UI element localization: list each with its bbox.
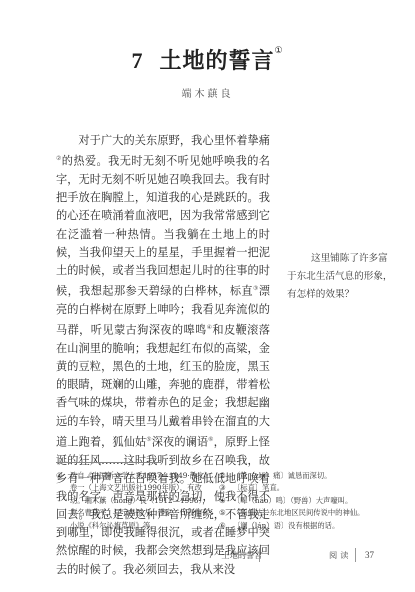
lesson-number: 7: [131, 48, 143, 73]
author-name: 端木蕻良: [0, 85, 415, 100]
footnote-marker: ③: [219, 482, 233, 494]
side-annotation: 这里铺陈了许多富于东北生活气息的形象，有怎样的效果？: [287, 250, 395, 304]
lesson-title: 7土地的誓言①: [0, 44, 415, 75]
footnote-marker: ⑥: [219, 520, 233, 532]
footnote-item: ⑥ 〔谰（lán）语〕没有根据的话。: [219, 520, 399, 532]
footnote-item: ⑤ 〔狐仙姑〕东北地区民间传说中的神仙。: [219, 507, 399, 519]
footer-section-label: 阅读: [329, 550, 351, 561]
footnote-text: 〔标直〕笔直。: [233, 482, 399, 494]
footnote-text: 选自《中国新文学大系1937—1949·散文》卷一（上海文艺出版社1990年版）…: [70, 470, 211, 532]
footnote-item: ① 选自《中国新文学大系1937—1949·散文》卷一（上海文艺出版社1990年…: [56, 470, 211, 532]
footnote-text: 〔谰（lán）语〕没有根据的话。: [233, 520, 399, 532]
footnote-item: ④ 〔嗥（háo）鸣〕（野兽）大声嚎叫。: [219, 495, 399, 507]
footnote-marker: ④: [219, 495, 233, 507]
footnote-divider: [56, 462, 161, 463]
text-segment: 对于广大的关东原野，我心里怀着挚痛: [78, 134, 270, 147]
footnotes-left: ① 选自《中国新文学大系1937—1949·散文》卷一（上海文艺出版社1990年…: [56, 470, 211, 532]
footer-divider: [259, 548, 260, 562]
footnote-marker: ⑤: [219, 507, 233, 519]
footnote-marker: ②: [219, 470, 233, 482]
footer-chapter-title: 7 土地的誓言: [208, 550, 262, 561]
page-number: 37: [365, 550, 374, 560]
footnote-text: 〔挚（zhì）痛〕诚恳而深切。: [233, 470, 399, 482]
footnote-item: ③ 〔标直〕笔直。: [219, 482, 399, 494]
footer-divider: [355, 548, 356, 562]
footnote-text: 〔狐仙姑〕东北地区民间传说中的神仙。: [233, 507, 399, 519]
footnote-marker: ①: [56, 470, 70, 532]
text-segment: 和皮鞭滚落在山涧里的脆响；我想起红布似的高粱，金黄的豆粒，黑色的土地，红玉的脸庞…: [56, 324, 270, 449]
footnotes-right: ② 〔挚（zhì）痛〕诚恳而深切。 ③ 〔标直〕笔直。 ④ 〔嗥（háo）鸣〕（…: [219, 470, 399, 532]
text-segment: 的热爱。我无时无刻不听见她呼唤我的名字，无时无刻不听见她召唤我回去。我有时把手放…: [56, 155, 270, 298]
side-annotation-text: 这里铺陈了许多富于东北生活气息的形象，有怎样的效果？: [287, 250, 395, 304]
title-footnote-marker: ①: [274, 46, 283, 56]
text-segment: 深夜的谰语: [152, 435, 208, 448]
lesson-title-text: 土地的誓言: [159, 48, 274, 74]
footnote-text: 〔嗥（háo）鸣〕（野兽）大声嚎叫。: [233, 495, 399, 507]
footnote-item: ② 〔挚（zhì）痛〕诚恳而深切。: [219, 470, 399, 482]
